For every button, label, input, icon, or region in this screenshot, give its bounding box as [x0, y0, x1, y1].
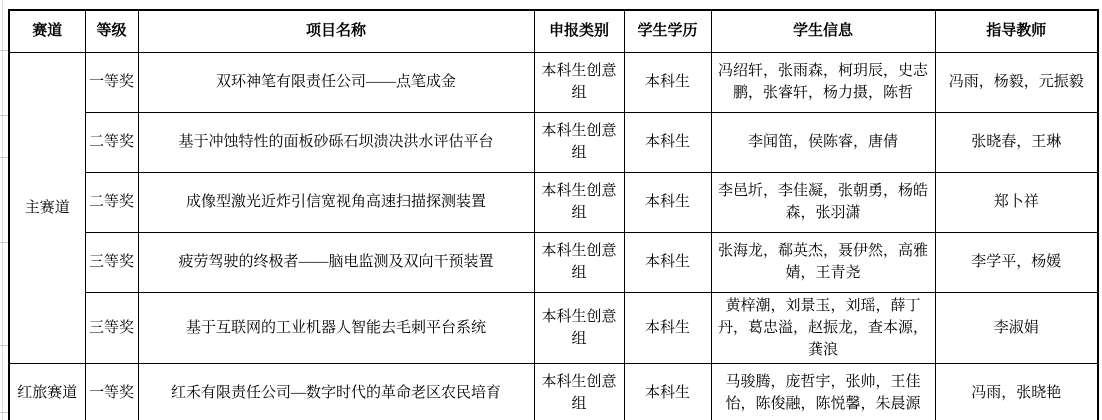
cell-level[interactable]: 一等奖 — [85, 363, 138, 420]
excel-gridline — [0, 115, 8, 116]
header-students[interactable]: 学生信息 — [711, 10, 935, 52]
cell-degree[interactable]: 本科生 — [624, 292, 711, 363]
header-degree[interactable]: 学生学历 — [624, 10, 711, 52]
excel-gridline — [0, 50, 8, 51]
header-project[interactable]: 项目名称 — [138, 10, 534, 52]
cell-degree[interactable]: 本科生 — [624, 363, 711, 420]
header-teachers[interactable]: 指导教师 — [935, 10, 1098, 52]
table-row: 三等奖 基于互联网的工业机器人智能去毛刺平台系统 本科生创意组 本科生 黄梓潮，… — [9, 292, 1098, 363]
cell-project[interactable]: 疲劳驾驶的终极者——脑电监测及双向干预装置 — [138, 232, 534, 292]
table-row: 主赛道 一等奖 双环神笔有限责任公司——点笔成金 本科生创意组 本科生 冯绍轩，… — [9, 52, 1098, 112]
cell-degree[interactable]: 本科生 — [624, 112, 711, 172]
cell-category[interactable]: 本科生创意组 — [534, 292, 624, 363]
cell-track[interactable]: 红旅赛道 — [9, 363, 85, 420]
cell-students[interactable]: 李闻笛，侯陈睿，唐倩 — [711, 112, 935, 172]
cell-project[interactable]: 双环神笔有限责任公司——点笔成金 — [138, 52, 534, 112]
cell-project[interactable]: 红禾有限责任公司—数字时代的革命老区农民培育 — [138, 363, 534, 420]
cell-level[interactable]: 三等奖 — [85, 232, 138, 292]
awards-table: 赛道 等级 项目名称 申报类别 学生学历 学生信息 指导教师 主赛道 一等奖 双… — [8, 9, 1099, 420]
cell-students[interactable]: 李邑圻，李佳凝，张朝勇，杨皓森，张羽潇 — [711, 172, 935, 232]
cell-level[interactable]: 二等奖 — [85, 112, 138, 172]
cell-teachers[interactable]: 郑卜祥 — [935, 172, 1098, 232]
cell-level[interactable]: 三等奖 — [85, 292, 138, 363]
cell-teachers[interactable]: 李学平，杨媛 — [935, 232, 1098, 292]
cell-category[interactable]: 本科生创意组 — [534, 232, 624, 292]
table-row: 二等奖 基于冲蚀特性的面板砂砾石坝溃决洪水评估平台 本科生创意组 本科生 李闻笛… — [9, 112, 1098, 172]
cell-students[interactable]: 张海龙，郗英杰，聂伊然，高雅婧，王青尧 — [711, 232, 935, 292]
header-row: 赛道 等级 项目名称 申报类别 学生学历 学生信息 指导教师 — [9, 10, 1098, 52]
excel-gridline — [0, 242, 8, 243]
cell-degree[interactable]: 本科生 — [624, 232, 711, 292]
cell-category[interactable]: 本科生创意组 — [534, 112, 624, 172]
cell-teachers[interactable]: 冯雨，杨毅，元振毅 — [935, 52, 1098, 112]
cell-project[interactable]: 基于互联网的工业机器人智能去毛刺平台系统 — [138, 292, 534, 363]
cell-teachers[interactable]: 冯雨，张晓艳 — [935, 363, 1098, 420]
excel-gutter-gridline — [2, 0, 3, 420]
table-row: 二等奖 成像型激光近炸引信宽视角高速扫描探测装置 本科生创意组 本科生 李邑圻，… — [9, 172, 1098, 232]
header-track[interactable]: 赛道 — [9, 10, 85, 52]
cell-project[interactable]: 基于冲蚀特性的面板砂砾石坝溃决洪水评估平台 — [138, 112, 534, 172]
excel-gridline — [0, 412, 8, 413]
excel-gridline — [0, 345, 8, 346]
cell-teachers[interactable]: 李淑娟 — [935, 292, 1098, 363]
cell-degree[interactable]: 本科生 — [624, 52, 711, 112]
cell-students[interactable]: 马骏腾，庞哲宇，张帅，王佳怡，陈俊融，陈悦馨，朱晨源 — [711, 363, 935, 420]
spreadsheet-canvas: 赛道 等级 项目名称 申报类别 学生学历 学生信息 指导教师 主赛道 一等奖 双… — [0, 0, 1102, 420]
header-level[interactable]: 等级 — [85, 10, 138, 52]
cell-category[interactable]: 本科生创意组 — [534, 363, 624, 420]
cell-students[interactable]: 冯绍轩，张雨森，柯玥辰，史志鹏，张睿轩，杨力摄，陈哲 — [711, 52, 935, 112]
table-row: 三等奖 疲劳驾驶的终极者——脑电监测及双向干预装置 本科生创意组 本科生 张海龙… — [9, 232, 1098, 292]
table-row: 红旅赛道 一等奖 红禾有限责任公司—数字时代的革命老区农民培育 本科生创意组 本… — [9, 363, 1098, 420]
cell-category[interactable]: 本科生创意组 — [534, 172, 624, 232]
cell-degree[interactable]: 本科生 — [624, 172, 711, 232]
cell-teachers[interactable]: 张晓春，王琳 — [935, 112, 1098, 172]
cell-track[interactable]: 主赛道 — [9, 52, 85, 363]
cell-category[interactable]: 本科生创意组 — [534, 52, 624, 112]
header-category[interactable]: 申报类别 — [534, 10, 624, 52]
cell-level[interactable]: 二等奖 — [85, 172, 138, 232]
cell-students[interactable]: 黄梓潮，刘景玉，刘瑶，薛丁丹，葛忠溢，赵振龙，查本源，龚浪 — [711, 292, 935, 363]
cell-level[interactable]: 一等奖 — [85, 52, 138, 112]
excel-gridline — [0, 157, 8, 158]
cell-project[interactable]: 成像型激光近炸引信宽视角高速扫描探测装置 — [138, 172, 534, 232]
